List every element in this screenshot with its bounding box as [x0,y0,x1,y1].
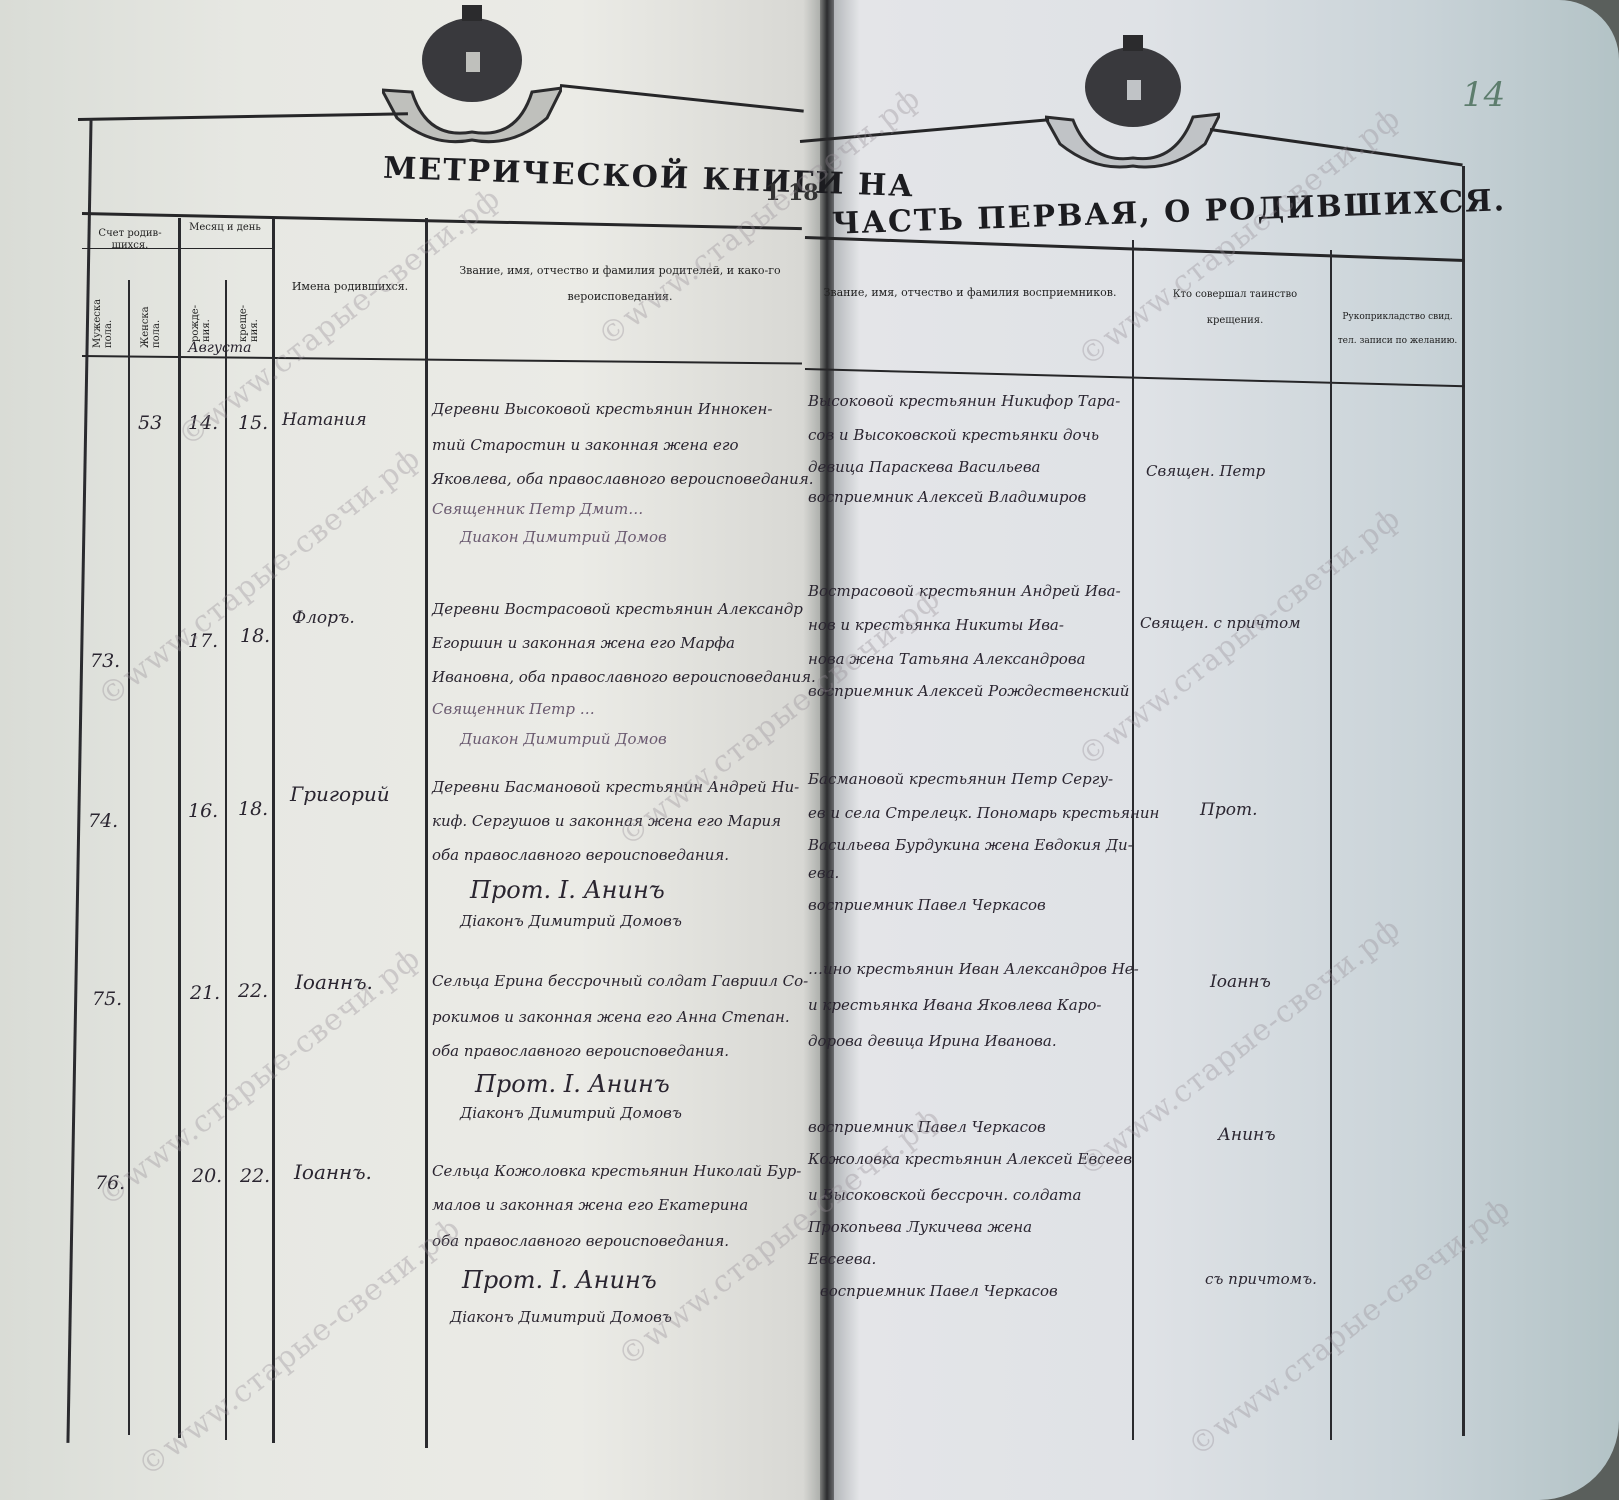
godparents-line: Басмановой крестьянин Петр Сергу- [808,770,1113,788]
baptized-day: 22. [238,980,268,1002]
male-number: 74. [88,810,118,832]
header-born: рожде-ния. [190,292,212,342]
godparents-line: …ино крестьянин Иван Александров Не- [808,960,1139,978]
page-number: 14 [1462,75,1505,115]
performed-by: Священ. Петр [1146,462,1265,480]
header-female: Женска пола. [140,288,162,348]
child-name: Іоаннъ. [294,1160,372,1184]
godparents-line: ева. [808,864,839,882]
imperial-eagle-crest-left-icon [382,0,562,145]
born-day: 16. [188,800,218,822]
col-divider [128,280,130,1435]
priest-signature: Прот. І. Анинъ [475,1070,670,1098]
header-births-count: Счет родив-шихся. [84,228,176,252]
col-divider [272,218,275,1443]
deacon-signature: Диакон Димитрий Домов [460,730,667,748]
godparents-line: Высоковой крестьянин Никифор Тара- [808,392,1120,410]
parents-line: Сельца Ерина бессрочный солдат Гавриил С… [432,972,808,990]
deacon-signature: Діаконъ Димитрий Домовъ [460,1104,682,1122]
header-signature: Рукоприкладство свид. тел. записи по жел… [1335,305,1460,353]
imperial-eagle-crest-right-icon [1045,32,1220,172]
parents-line: малов и законная жена его Екатерина [432,1196,748,1214]
header-baptized: креще-ния. [238,292,260,342]
parents-line: киф. Сергушов и законная жена его Мария [432,812,781,830]
godparents-line: Евсеева. [808,1250,876,1268]
female-number: 53 [138,412,162,434]
parents-line: рокимов и законная жена его Анна Степан. [432,1008,790,1026]
register-book-spread: МЕТРИЧЕСКОЙ КНИГИ НА 1 18 ЧАСТЬ ПЕРВАЯ, … [0,0,1619,1500]
godparents-line: Прокопьева Лукичева жена [808,1218,1032,1236]
priest-signature: Священник Петр Дмит… [432,500,643,518]
born-day: 21. [190,982,220,1004]
godparents-line: Васильева Бурдукина жена Евдокия Ди- [808,836,1133,854]
priest-signature: Прот. І. Анинъ [470,876,665,904]
deacon-signature: Диакон Димитрий Домов [460,528,667,546]
priest-signature: Прот. І. Анинъ [462,1266,657,1294]
performed-by: Іоаннъ [1210,972,1271,992]
performed-by: Прот. [1200,800,1257,820]
parents-line: Егоршин и законная жена его Марфа [432,634,735,652]
performed-by-note: съ причтомъ. [1205,1270,1317,1288]
godparents-line: дорова девица Ирина Иванова. [808,1032,1057,1050]
col-divider [178,218,181,1438]
parents-line: тий Старостин и законная жена его [432,436,738,454]
child-name: Флоръ. [292,608,355,628]
godparents-line: восприемник Павел Черкасов [820,1282,1058,1300]
parents-line: оба православного вероисповедания. [432,846,729,864]
header-godparents: Звание, имя, отчество и фамилия восприем… [810,280,1130,306]
godparents-line: Вострасовой крестьянин Андрей Ива- [808,582,1121,600]
godparents-line: восприемник Алексей Рождественский [808,682,1129,700]
header-male: Мужеска пола. [92,288,114,348]
parents-line: Деревни Басмановой крестьянин Андрей Ни- [432,778,799,796]
godparents-line: девица Параскева Васильева [808,458,1041,476]
col-divider [1330,250,1332,1440]
parents-line: Деревни Высоковой крестьянин Иннокен- [432,400,772,418]
parents-line: Сельца Кожоловка крестьянин Николай Бур- [432,1162,801,1180]
male-number: 75. [92,988,122,1010]
godparents-line: восприемник Алексей Владимиров [808,488,1086,506]
deacon-signature: Діаконъ Димитрий Домовъ [460,912,682,930]
godparents-line: сов и Высоковской крестьянки дочь [808,426,1099,444]
parents-line: Деревни Вострасовой крестьянин Александр [432,600,803,618]
deacon-signature: Діаконъ Димитрий Домовъ [450,1308,672,1326]
godparents-line: восприемник Павел Черкасов [808,896,1046,914]
born-day: 20. [192,1165,222,1187]
performed-by: Анинъ [1218,1125,1276,1145]
baptized-day: 18. [240,625,270,647]
header-parents: Звание, имя, отчество и фамилия родителе… [440,258,800,310]
header-month-handwritten: Августа [188,340,251,356]
child-name: Григорий [290,782,390,806]
col-divider [225,280,227,1440]
header-month-day: Месяц и день [180,222,270,234]
godparents-line: ев и села Стрелецк. Пономарь крестьянин [808,804,1159,822]
godparents-line: и крестьянка Ивана Яковлева Каро- [808,996,1101,1014]
baptized-day: 18. [238,798,268,820]
parents-line: Яковлева, оба православного вероисповеда… [432,470,814,488]
parents-line: оба православного вероисповедания. [432,1232,729,1250]
priest-signature: Священник Петр … [432,700,595,718]
child-name: Натания [282,410,367,430]
parents-line: Ивановна, оба православного вероисповеда… [432,668,816,686]
parents-line: оба православного вероисповедания. [432,1042,729,1060]
baptized-day: 22. [240,1165,270,1187]
godparents-line: нов и крестьянка Никиты Ива- [808,616,1064,634]
